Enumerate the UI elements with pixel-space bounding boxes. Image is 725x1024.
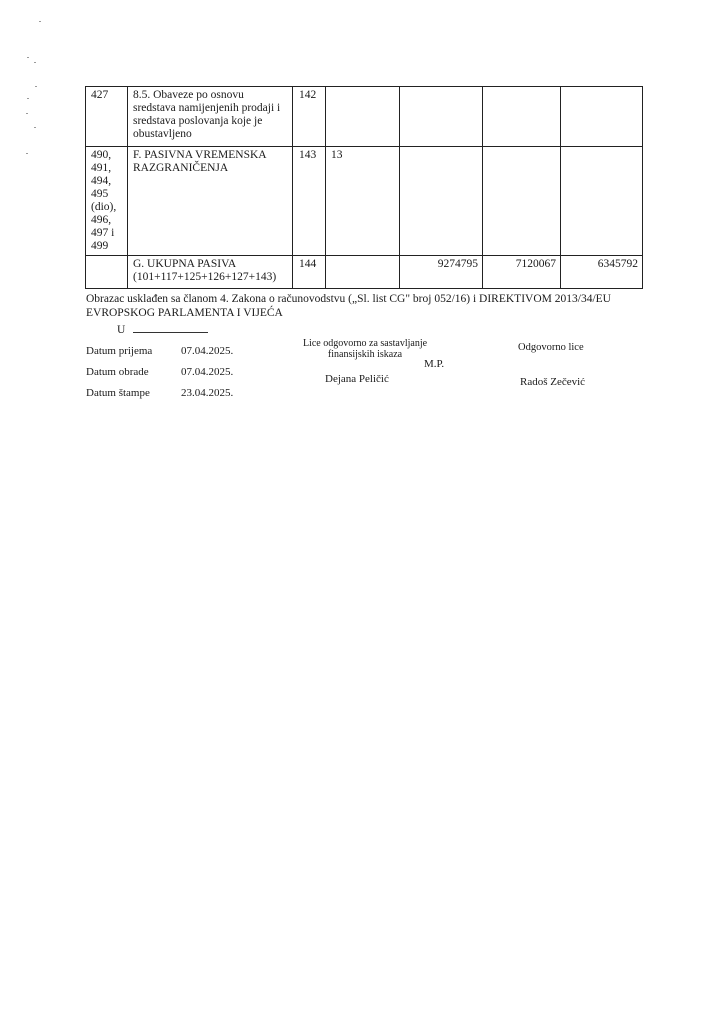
date-value: 07.04.2025. bbox=[181, 345, 233, 366]
aop-cell: 143 bbox=[293, 147, 326, 256]
value-cell bbox=[400, 87, 483, 147]
value-cell bbox=[561, 87, 643, 147]
scan-speck bbox=[26, 153, 28, 154]
scan-speck bbox=[34, 127, 36, 128]
scan-speck bbox=[35, 86, 37, 87]
value-cell: 9274795 bbox=[400, 256, 483, 289]
description-cell: G. UKUPNA PASIVA (101+117+125+126+127+14… bbox=[128, 256, 293, 289]
value-cell bbox=[400, 147, 483, 256]
value-cell: 7120067 bbox=[483, 256, 561, 289]
date-row: Datum štampe 23.04.2025. bbox=[86, 387, 233, 408]
value-cell: 6345792 bbox=[561, 256, 643, 289]
account-cell bbox=[86, 256, 128, 289]
account-cell: 427 bbox=[86, 87, 128, 147]
date-label: Datum štampe bbox=[86, 387, 181, 408]
note-cell bbox=[326, 87, 400, 147]
scan-speck bbox=[26, 113, 28, 114]
note-cell: 13 bbox=[326, 147, 400, 256]
aop-cell: 144 bbox=[293, 256, 326, 289]
note-cell bbox=[326, 256, 400, 289]
scan-speck bbox=[27, 98, 29, 99]
date-value: 07.04.2025. bbox=[181, 366, 233, 387]
place-field: U bbox=[117, 322, 208, 336]
compliance-note: Obrazac usklađen sa članom 4. Zakona o r… bbox=[86, 293, 646, 320]
description-cell: 8.5. Obaveze po osnovu sredstava namijen… bbox=[128, 87, 293, 147]
responsible-name: Radoš Zečević bbox=[520, 376, 585, 388]
stamp-placeholder: M.P. bbox=[424, 358, 444, 370]
value-cell bbox=[561, 147, 643, 256]
value-cell bbox=[483, 147, 561, 256]
preparer-name: Dejana Peličić bbox=[325, 373, 389, 385]
place-blank-line bbox=[133, 322, 208, 333]
table-row-total: G. UKUPNA PASIVA (101+117+125+126+127+14… bbox=[86, 256, 643, 289]
place-label: U bbox=[117, 324, 125, 336]
dates-block: Datum prijema 07.04.2025. Datum obrade 0… bbox=[86, 345, 233, 408]
date-label: Datum prijema bbox=[86, 345, 181, 366]
scan-speck bbox=[34, 62, 36, 63]
date-label: Datum obrade bbox=[86, 366, 181, 387]
responsible-title: Odgovorno lice bbox=[518, 342, 584, 353]
description-cell: F. PASIVNA VREMENSKA RAZGRANIČENJA bbox=[128, 147, 293, 256]
scan-speck bbox=[39, 21, 41, 22]
date-value: 23.04.2025. bbox=[181, 387, 233, 408]
value-cell bbox=[483, 87, 561, 147]
table-row: 427 8.5. Obaveze po osnovu sredstava nam… bbox=[86, 87, 643, 147]
balance-sheet-table: 427 8.5. Obaveze po osnovu sredstava nam… bbox=[85, 86, 643, 289]
table-row: 490, 491, 494, 495 (dio), 496, 497 i 499… bbox=[86, 147, 643, 256]
aop-cell: 142 bbox=[293, 87, 326, 147]
scan-speck bbox=[27, 57, 29, 58]
date-row: Datum prijema 07.04.2025. bbox=[86, 345, 233, 366]
date-row: Datum obrade 07.04.2025. bbox=[86, 366, 233, 387]
preparer-title: Lice odgovorno za sastavljanje finansijs… bbox=[285, 338, 445, 360]
account-cell: 490, 491, 494, 495 (dio), 496, 497 i 499 bbox=[86, 147, 128, 256]
